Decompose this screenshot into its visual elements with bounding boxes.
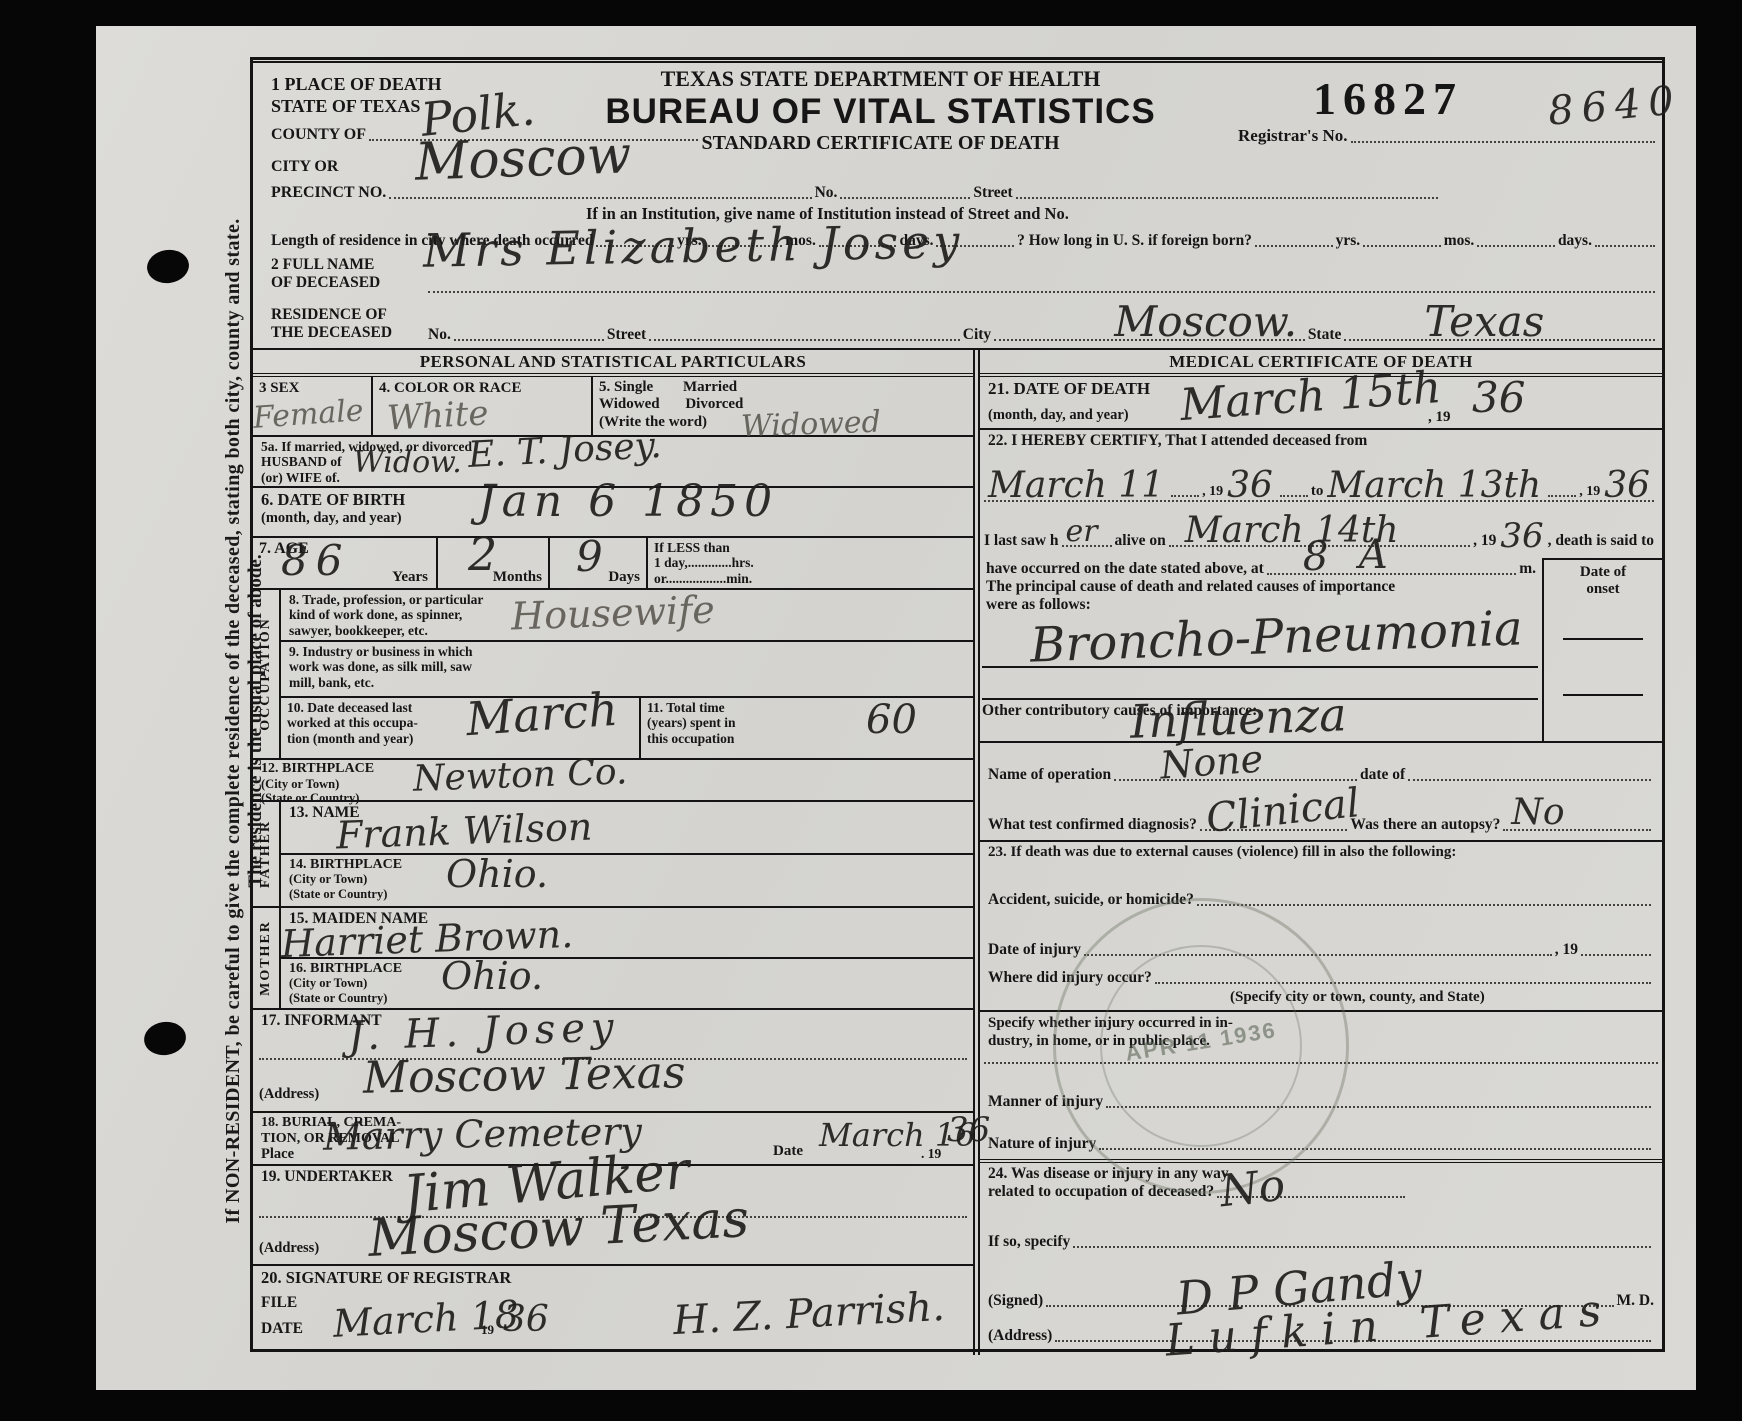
scanned-death-certificate: If NON-RESIDENT, be careful to give the … xyxy=(0,0,1742,1421)
punch-hole xyxy=(142,1019,188,1058)
dotted-line: No xyxy=(1503,825,1651,831)
certify-label-bold: 22. I HEREBY CERTIFY, xyxy=(988,432,1162,449)
dod-year-handwritten: 36 xyxy=(1472,379,1525,417)
onset-label-line2: onset xyxy=(1544,581,1662,598)
residence-city-handwritten: Moscow. xyxy=(1114,303,1297,341)
total-time-field: 11. Total time (years) spent in this occ… xyxy=(641,698,973,758)
contrib-a: Other xyxy=(982,702,1025,719)
age-months-field: Months 2 xyxy=(438,538,550,588)
occurred-hour-handwritten: 8 xyxy=(1303,539,1328,575)
age-years-label: Years xyxy=(392,569,428,586)
occupation-vertical-label: OCCUPATION xyxy=(253,590,281,758)
dotted-line xyxy=(454,335,604,341)
registrar-no-handwritten: 8640 xyxy=(1547,82,1683,130)
father-birthplace-label: 14. BIRTHPLACE xyxy=(289,857,965,872)
certify-label-rest: That I attended deceased from xyxy=(1162,432,1368,449)
if-so-specify-label: If so, specify xyxy=(988,1233,1070,1251)
total-time-label2: (years) spent in xyxy=(647,715,967,730)
dotted-line xyxy=(1351,137,1655,143)
last-worked-field: 10. Date deceased last worked at this oc… xyxy=(281,698,641,758)
test-label: What test confirmed diagnosis? xyxy=(988,816,1197,834)
certificate-paper: If NON-RESIDENT, be careful to give the … xyxy=(96,26,1696,1390)
fullname-label2: OF DECEASED xyxy=(271,274,380,292)
undertaker-row: 19. UNDERTAKER Jim Walker (Address) Mosc… xyxy=(253,1166,973,1266)
attended-to-year-handwritten: 36 xyxy=(1604,470,1650,502)
certificate-title: STANDARD CERTIFICATE OF DEATH xyxy=(603,132,1158,155)
state-of-texas-label: STATE OF TEXAS xyxy=(271,96,420,117)
operation-handwritten: None xyxy=(1159,741,1264,782)
registrar-no-label: Registrar's No. xyxy=(1238,126,1348,146)
last-saw-mid: alive on xyxy=(1115,532,1166,550)
dotted-line xyxy=(1548,491,1576,497)
occupation-related-row: 24. Was disease or injury in any way rel… xyxy=(980,1163,1662,1225)
dotted-line xyxy=(1197,900,1651,906)
dotted-line xyxy=(1595,241,1655,247)
husband-name-handwritten: E. T. Josey. xyxy=(467,430,662,472)
industry-label-line2b: silk mill, saw xyxy=(397,659,472,674)
contributory-handwritten: Influenza xyxy=(1129,694,1347,743)
age-row: 7. AGE Years 86 Months 2 Days 9 If LESS … xyxy=(253,538,973,590)
city-value-handwritten: Moscow xyxy=(414,132,632,186)
file-date-label: DATE xyxy=(261,1320,303,1338)
father-vertical-label: FATHER xyxy=(253,802,281,906)
physician-address-label: (Address) xyxy=(988,1327,1052,1345)
father-birthplace-sub2: (State or Country) xyxy=(289,887,965,901)
file-year-handwritten: 36 xyxy=(503,1304,549,1336)
county-label: COUNTY OF xyxy=(271,126,366,144)
yrs-label: yrs. xyxy=(1336,232,1361,250)
attended-from-year-handwritten: 36 xyxy=(1227,470,1273,502)
residence-label1: RESIDENCE OF xyxy=(271,306,387,324)
dotted-line xyxy=(1073,1242,1651,1248)
age-less-label1: If LESS than xyxy=(654,540,967,555)
principal-c: and related causes of importance xyxy=(1174,578,1395,595)
dotted-line xyxy=(1016,193,1438,199)
mother-birthplace-sub2: (State or Country) xyxy=(289,991,965,1005)
autopsy-handwritten: No xyxy=(1511,797,1564,829)
certificate-header: 1 PLACE OF DEATH STATE OF TEXAS COUNTY O… xyxy=(253,60,1662,348)
age-years-field: 7. AGE Years 86 xyxy=(253,538,438,588)
marital-married-label: Married xyxy=(683,379,737,395)
department-title: TEXAS STATE DEPARTMENT OF HEALTH xyxy=(603,66,1158,92)
from-year-printed: , 19 xyxy=(1202,484,1223,500)
occurred-m-label: m. xyxy=(1519,560,1536,578)
dod-sub-label: (month, day, and year) xyxy=(988,407,1129,424)
father-name-handwritten: Frank Wilson xyxy=(335,810,592,853)
last-worked-row: 10. Date deceased last worked at this oc… xyxy=(281,698,973,758)
trade-label-line3a: sawyer, bookkeeper, xyxy=(289,623,405,638)
age-years-handwritten: 86 xyxy=(281,542,350,580)
trade-label-line1: 8. Trade, profession, or particular xyxy=(289,592,483,607)
dotted-line xyxy=(1171,491,1199,497)
age-months-label: Months xyxy=(493,569,542,586)
q24-handwritten: No xyxy=(1218,1166,1287,1212)
informant-address-handwritten: Moscow Texas xyxy=(363,1053,686,1098)
marital-value-handwritten: Widowed xyxy=(741,409,882,441)
marital-single-label: 5. Single xyxy=(599,379,653,395)
md-label: M. D. xyxy=(1617,1292,1654,1310)
punch-hole xyxy=(145,247,191,286)
date-of-onset-box: Date of onset xyxy=(1542,558,1662,741)
industry-label-line1: 9. Industry or business in which xyxy=(289,644,473,659)
operation-date-label: date of xyxy=(1360,766,1405,784)
last-saw-her-handwritten: er xyxy=(1066,518,1098,545)
file-date-handwritten: March 18 xyxy=(332,1297,519,1341)
dotted-line xyxy=(389,193,811,199)
attended-dates-line: March 11 , 19 36 to March 13th , 19 36 xyxy=(984,454,1654,502)
dotted-line: None xyxy=(1114,775,1357,781)
mother-birthplace-row: 16. BIRTHPLACE (City or Town) (State or … xyxy=(281,959,973,1008)
injury-date-label: Date of injury xyxy=(988,941,1081,959)
trade-row: 8. Trade, profession, or particular kind… xyxy=(281,590,973,642)
dob-handwritten: Jan 6 1850 xyxy=(478,482,778,522)
total-time-label3: this occupation xyxy=(647,731,967,746)
injury-nature-label: Nature of injury xyxy=(988,1135,1096,1153)
signed-label: (Signed) xyxy=(988,1292,1043,1310)
fullname-handwritten: Mrs Elizabeth Josey xyxy=(423,221,964,272)
residence-line: No. Street City Moscow. State Texas xyxy=(428,318,1658,344)
dotted-line: Lufkin Texas xyxy=(1055,1336,1651,1342)
dotted-line xyxy=(1280,491,1308,497)
dotted-line: 8 A xyxy=(1267,569,1516,575)
mos-label: mos. xyxy=(1444,232,1475,250)
diagnosis-row: What test confirmed diagnosis? Clinical … xyxy=(980,790,1662,842)
street-no-label: No. xyxy=(815,184,838,202)
street-label: Street xyxy=(973,184,1012,202)
residence-state-handwritten: Texas xyxy=(1424,303,1544,341)
received-stamp: APR 11 1936 xyxy=(1053,898,1349,1194)
burial-year-handwritten: 36 xyxy=(947,1115,990,1146)
title-block: TEXAS STATE DEPARTMENT OF HEALTH BUREAU … xyxy=(603,66,1158,155)
cause-of-death-handwritten: Broncho-Pneumonia xyxy=(1029,607,1523,667)
birthplace-row: 12. BIRTHPLACE (City or Town) (State or … xyxy=(253,760,973,802)
registrar-signature-label: 20. SIGNATURE OF REGISTRAR xyxy=(261,1268,965,1288)
age-less-label3: or..................min. xyxy=(654,571,967,586)
age-days-field: Days 9 xyxy=(550,538,648,588)
attended-to-handwritten: March 13th xyxy=(1327,470,1541,502)
dotted-line xyxy=(1581,950,1651,956)
father-birthplace-sub1: (City or Town) xyxy=(289,872,965,886)
age-months-handwritten: 2 xyxy=(468,534,497,575)
total-time-label1: 11. Total time xyxy=(647,700,967,715)
principal-cause-line1: The principal cause of death and related… xyxy=(986,578,1536,596)
race-label: 4. COLOR OR RACE xyxy=(379,380,522,396)
industry-row: 9. Industry or business in which work wa… xyxy=(281,642,973,698)
mother-birthplace-label: 16. BIRTHPLACE xyxy=(289,961,965,976)
mother-birthplace-handwritten: Ohio. xyxy=(441,959,543,993)
age-days-handwritten: 9 xyxy=(576,538,603,576)
widow-handwritten: Widow. xyxy=(353,449,462,476)
onset-label-line1: Date of xyxy=(1544,564,1662,581)
last-saw-pre: I last saw h xyxy=(984,532,1059,550)
cause-of-death-left: have occurred on the date stated above, … xyxy=(980,558,1542,741)
last-saw-year-printed: , 19 xyxy=(1473,532,1496,550)
father-birthplace-row: 14. BIRTHPLACE (City or Town) (State or … xyxy=(281,855,973,906)
age-less-than-field: If LESS than 1 day,.............hrs. or.… xyxy=(648,538,973,588)
dotted-line xyxy=(840,193,970,199)
date-of-birth-row: 6. DATE OF BIRTH (month, day, and year) … xyxy=(253,488,973,538)
operation-label: Name of operation xyxy=(988,766,1111,784)
autopsy-label: Was there an autopsy? xyxy=(1350,816,1500,834)
sex-label: 3 SEX xyxy=(259,380,299,396)
place-of-death-label: 1 PLACE OF DEATH xyxy=(271,74,442,95)
physician-address-row: (Address) Lufkin Texas xyxy=(980,1318,1662,1351)
dotted-line xyxy=(1363,241,1441,247)
dotted-line xyxy=(649,335,960,341)
q24-label-line1: 24. Was disease or injury in any way xyxy=(988,1165,1654,1183)
birthplace-handwritten: Newton Co. xyxy=(413,756,628,796)
residence-no-label: No. xyxy=(428,326,451,344)
precinct-no-label: PRECINCT NO. xyxy=(271,184,386,202)
last-worked-handwritten: March xyxy=(465,689,619,741)
date-of-death-row: 21. DATE OF DEATH (month, day, and year)… xyxy=(980,377,1662,430)
occurred-ampm-handwritten: A xyxy=(1359,537,1388,573)
sex-field: 3 SEX Female xyxy=(253,377,373,435)
father-birthplace-handwritten: Ohio. xyxy=(446,857,548,891)
occurred-line: have occurred on the date stated above, … xyxy=(986,560,1536,578)
informant-address-label: (Address) xyxy=(259,1086,319,1103)
trade-label-line3b: etc. xyxy=(405,623,428,638)
registrar-row: 20. SIGNATURE OF REGISTRAR FILE DATE Mar… xyxy=(253,1266,973,1338)
dotted-line xyxy=(1477,241,1555,247)
mother-name-row: 15. MAIDEN NAME Harriet Brown. xyxy=(281,908,973,959)
mother-vertical-label: MOTHER xyxy=(253,908,281,1008)
dotted-line xyxy=(1255,241,1333,247)
dotted-line: Moscow. xyxy=(994,335,1305,341)
fullname-label1: 2 FULL NAME xyxy=(271,256,374,274)
sex-value-handwritten: Female xyxy=(252,397,364,432)
occupation-block: OCCUPATION 8. Trade, profession, or part… xyxy=(253,590,973,760)
father-block: FATHER 13. NAME Frank Wilson 14. BIRTHPL… xyxy=(253,802,973,908)
personal-particulars-column: PERSONAL AND STATISTICAL PARTICULARS 3 S… xyxy=(253,350,975,1355)
dod-handwritten: March 15th xyxy=(1179,368,1442,426)
residence-label2: THE DECEASED xyxy=(271,324,392,342)
attended-from-handwritten: March 11 xyxy=(988,470,1164,502)
test-handwritten: Clinical xyxy=(1204,785,1361,837)
days-label: days. xyxy=(1558,232,1592,250)
industry-label-line2a: work was done, as xyxy=(289,659,397,674)
undertaker-address-handwritten: Moscow Texas xyxy=(367,1196,750,1263)
industry-label-line3b: etc. xyxy=(351,675,374,690)
external-a: 23. If death was due to external causes … xyxy=(988,844,1242,860)
residence-street-label: Street xyxy=(607,326,646,344)
foreign-born-label: ? How long in U. S. if foreign born? xyxy=(1017,232,1252,250)
marital-widowed-label: Widowed xyxy=(599,396,660,412)
undertaker-address-label: (Address) xyxy=(259,1240,319,1257)
certificate-number: 16827 xyxy=(1238,72,1538,125)
burial-date-label: Date xyxy=(773,1143,803,1160)
margin-note-line1: If NON-RESIDENT, be careful to give the … xyxy=(222,56,245,1386)
race-field: 4. COLOR OR RACE White xyxy=(373,377,593,435)
last-saw-year-handwritten: 36 xyxy=(1500,521,1543,552)
to-label: to xyxy=(1311,483,1324,500)
residence-city-label: City xyxy=(963,326,991,344)
principal-b: principal cause of death xyxy=(1016,578,1174,595)
certificate-frame: 1 PLACE OF DEATH STATE OF TEXAS COUNTY O… xyxy=(250,57,1665,1352)
external-c: ) fill in also the following: xyxy=(1293,844,1456,860)
race-value-handwritten: White xyxy=(386,398,489,434)
onset-rule-line xyxy=(1563,638,1643,640)
mother-block: MOTHER 15. MAIDEN NAME Harriet Brown. 16… xyxy=(253,908,973,1010)
bureau-title: BUREAU OF VITAL STATISTICS xyxy=(603,92,1158,132)
dotted-line: Texas xyxy=(1344,335,1655,341)
occurred-pre: have occurred on the date stated above, … xyxy=(986,560,1264,578)
trade-value-handwritten: Housewife xyxy=(510,592,715,633)
cause-of-death-block: have occurred on the date stated above, … xyxy=(980,558,1662,743)
dotted-line xyxy=(1408,775,1651,781)
trade-label-line2b: spinner, xyxy=(417,607,463,622)
trade-label-line2a: kind of work done, as xyxy=(289,607,417,622)
informant-row: 17. INFORMANT J. H. Josey (Address) Mosc… xyxy=(253,1010,973,1113)
file-label: FILE xyxy=(261,1294,297,1312)
dotted-line: Clinical xyxy=(1200,825,1348,831)
accident-row: Accident, suicide, or homicide? xyxy=(980,867,1662,917)
principal-a: The xyxy=(986,578,1016,595)
mother-birthplace-sub1: (City or Town) xyxy=(289,976,965,990)
columns: PERSONAL AND STATISTICAL PARTICULARS 3 S… xyxy=(253,348,1662,1355)
personal-section-title: PERSONAL AND STATISTICAL PARTICULARS xyxy=(253,350,973,377)
marital-divorced-label: Divorced xyxy=(685,396,743,412)
industry-label-line3a: mill, bank, xyxy=(289,675,351,690)
onset-rule-line xyxy=(1563,694,1643,696)
dotted-line xyxy=(428,287,1655,293)
father-name-row: 13. NAME Frank Wilson xyxy=(281,802,973,855)
external-b: violence xyxy=(1242,844,1294,860)
last-saw-post: , death is said to xyxy=(1548,532,1654,550)
city-or-label: CITY OR xyxy=(271,158,338,176)
to-year-printed: , 19 xyxy=(1579,484,1600,500)
registrar-signature-handwritten: H. Z. Parrish. xyxy=(672,1289,945,1339)
age-less-label2: 1 day,.............hrs. xyxy=(654,555,967,570)
specify-d: in xyxy=(1033,1033,1053,1049)
residence-state-label: State xyxy=(1308,326,1342,344)
specify-c: dustry, xyxy=(988,1033,1033,1049)
injury-date-year-printed: , 19 xyxy=(1555,941,1578,959)
medical-certificate-column: MEDICAL CERTIFICATE OF DEATH 21. DATE OF… xyxy=(978,350,1662,1355)
dotted-line: er xyxy=(1062,541,1112,547)
total-time-handwritten: 60 xyxy=(866,702,917,738)
informant-handwritten: J. H. Josey xyxy=(347,1009,620,1054)
age-days-label: Days xyxy=(608,569,640,586)
external-causes-row: 23. If death was due to external causes … xyxy=(980,842,1662,867)
